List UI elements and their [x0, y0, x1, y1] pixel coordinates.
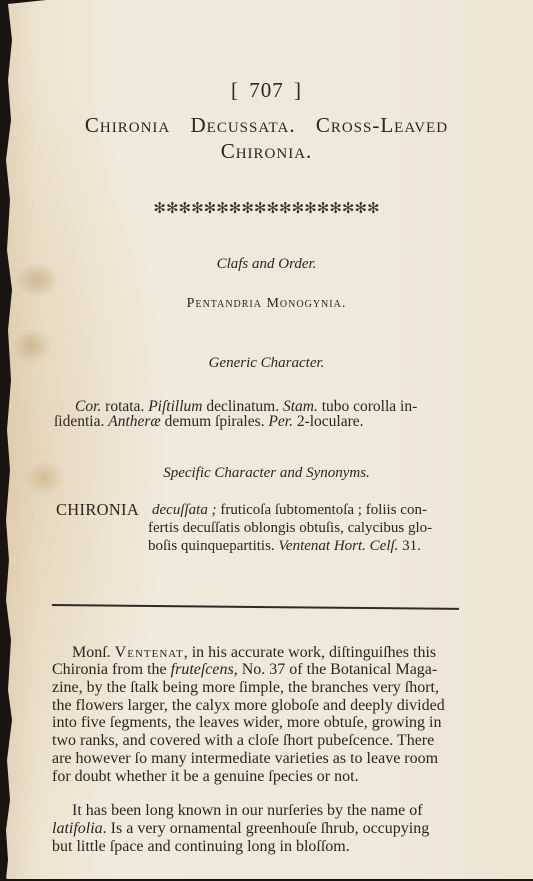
text-run: fruticoſa ſubtomentoſa ; foliis con- [217, 502, 427, 518]
text-run: the flowers larger, the calyx more globo… [52, 697, 445, 714]
text-run: Chironia from the [52, 661, 171, 678]
specific-character-line-2: fertis decuſſatis oblongis obtuſis, caly… [148, 520, 432, 537]
text-run: , No. 37 of the Botanical Maga- [234, 661, 438, 678]
text-run: . Is a very ornamental greenhouſe ſhrub,… [103, 820, 430, 837]
italic-text: Antheræ [108, 413, 161, 430]
italic-text: Per. [268, 413, 293, 430]
italic-text: decuſſata ; [152, 502, 217, 518]
class-order-value: Pentandria Monogynia. [0, 296, 533, 312]
specific-character-line-1: decuſſata ; fruticoſa ſubtomentoſa ; fol… [152, 502, 427, 519]
italic-text: Ventenat Hort. Celſ. [278, 538, 398, 554]
specific-character-heading: Specific Character and Synonyms. [0, 465, 533, 482]
body-paragraph-line: are however ſo many intermediate varieti… [52, 750, 438, 768]
italic-text: fruteſcens [171, 661, 234, 678]
body-paragraph-line: It has been long known in our nurſeries … [72, 802, 423, 820]
class-order-heading: Clafs and Order. [0, 256, 533, 273]
text-run: but little ſpace and continuing long in … [52, 838, 350, 855]
page-title-line-1: Chironia Decussata. Cross-Leaved [0, 113, 533, 138]
synonym-genus-name: CHIRONIA [56, 500, 139, 520]
text-run: 31. [398, 538, 421, 554]
text-run: into five ſegments, the leaves wider, mo… [52, 714, 441, 731]
text-run: It has been long known in our nurſeries … [72, 802, 423, 819]
body-paragraph-line: two ranks, and covered with a cloſe ſhor… [52, 732, 434, 750]
body-paragraph-line: for doubt whether it be a genuine ſpecie… [52, 768, 359, 786]
body-paragraph-line: the flowers larger, the calyx more globo… [52, 697, 445, 715]
body-paragraph-line: but little ſpace and continuing long in … [52, 838, 350, 856]
text-run: for doubt whether it be a genuine ſpecie… [52, 768, 359, 785]
body-paragraph-line: Chironia from the fruteſcens, No. 37 of … [52, 661, 437, 679]
page-number: [ 707 ] [0, 78, 533, 103]
text-run: two ranks, and covered with a cloſe ſhor… [52, 732, 434, 749]
text-run: 2-loculare. [293, 413, 364, 430]
body-paragraph-line: Monſ. Ventenat, in his accurate work, di… [72, 644, 436, 662]
page-title-line-2: Chironia. [0, 139, 533, 164]
specific-character-line-3: boſis quinquepartitis. Ventenat Hort. Ce… [148, 538, 421, 555]
text-run: , in his accurate work, diſtinguiſhes th… [184, 644, 436, 661]
text-run: zine, by the ſtalk being more ſimple, th… [52, 679, 439, 696]
text-run: ſidentia. [54, 413, 108, 430]
generic-character-line-2: ſidentia. Antheræ demum ſpirales. Per. 2… [54, 413, 364, 431]
body-paragraph-line: latifolia. Is a very ornamental greenhou… [52, 820, 429, 838]
text-run: Monſ. [72, 644, 115, 661]
body-paragraph-line: into five ſegments, the leaves wider, mo… [52, 714, 441, 732]
asterisk-ornament-divider: ✻✻✻✻✻✻✻✻✻✻✻✻✻✻✻✻✻✻ [0, 199, 533, 217]
text-run: fertis decuſſatis oblongis obtuſis, caly… [148, 520, 432, 536]
text-run: demum ſpirales. [161, 413, 269, 430]
text-run: boſis quinquepartitis. [148, 538, 278, 554]
italic-text: latifolia [52, 820, 103, 837]
generic-character-heading: Generic Character. [0, 355, 533, 372]
body-paragraph-line: zine, by the ſtalk being more ſimple, th… [52, 679, 439, 697]
text-run: are however ſo many intermediate varieti… [52, 750, 438, 767]
small-caps-text: Ventenat [115, 644, 184, 661]
